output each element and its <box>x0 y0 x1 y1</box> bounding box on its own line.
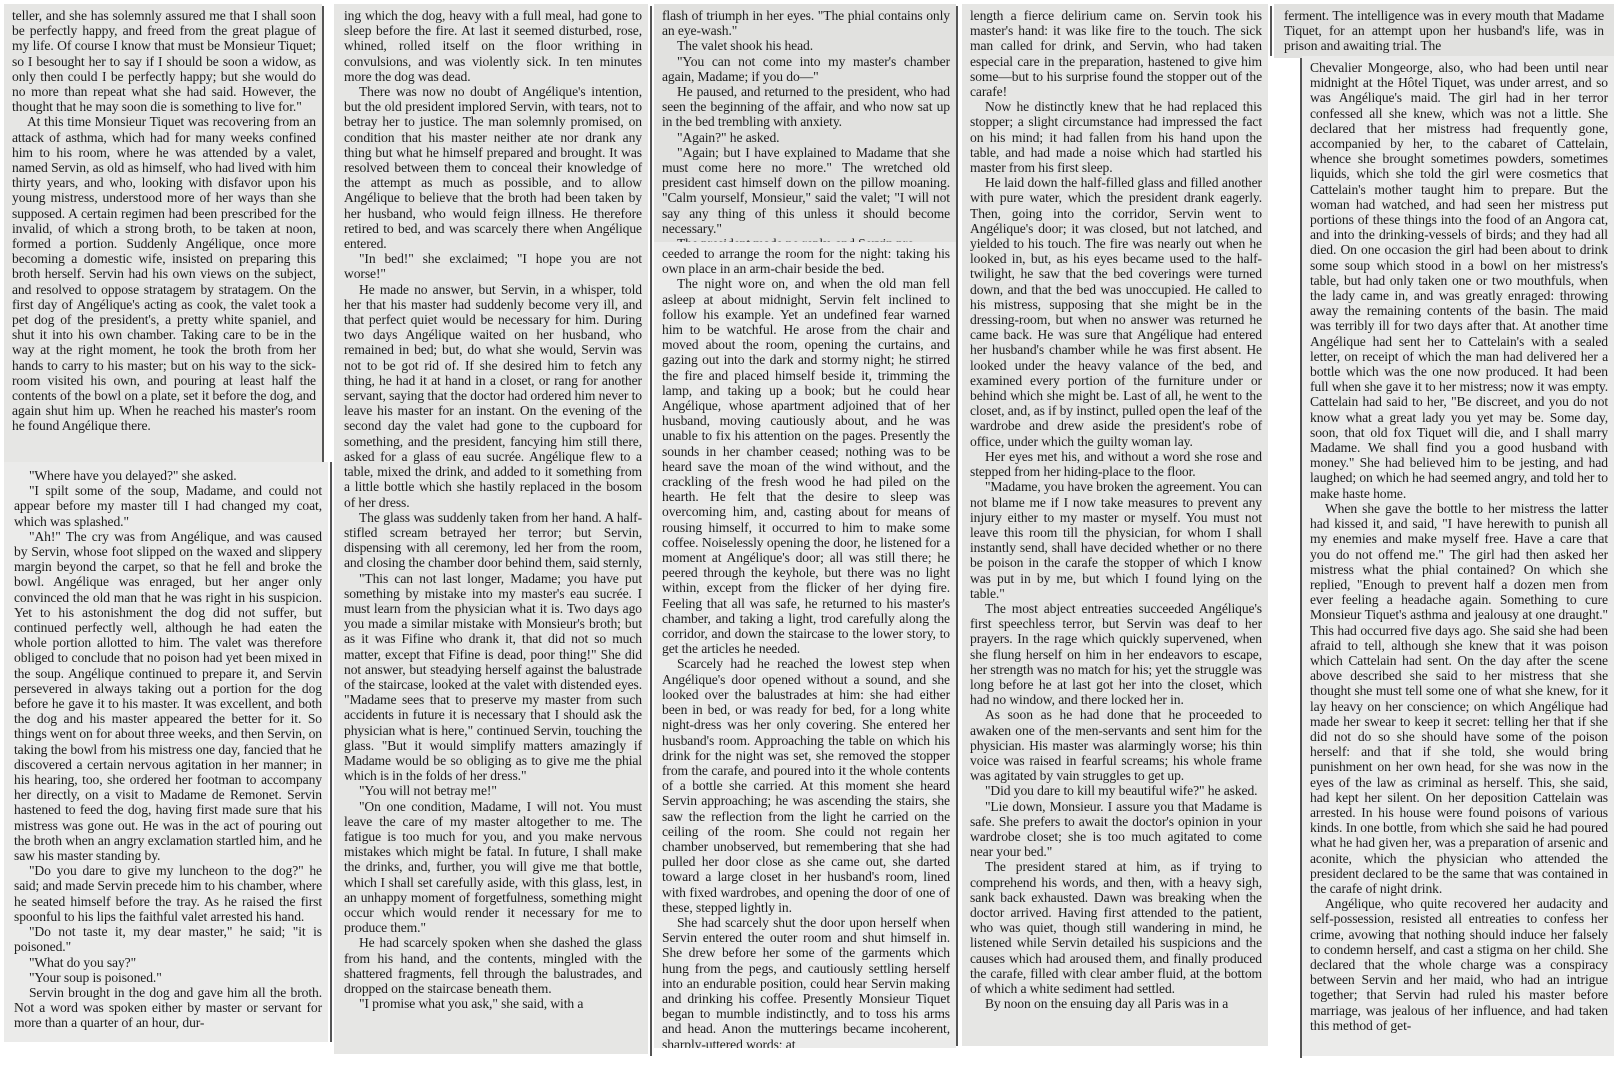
paragraph: Now he distinctly knew that he had repla… <box>970 99 1262 175</box>
paragraph: At this time Monsieur Tiquet was recover… <box>12 114 316 433</box>
column-5-segment-1: ferment. The intelligence was in every m… <box>1274 4 1614 58</box>
paragraph: "Do not taste it, my dear master," he sa… <box>14 924 322 954</box>
paragraph: The valet shook his head. <box>662 38 950 53</box>
paragraph: "Lie down, Monsieur. I assure you that M… <box>970 799 1262 860</box>
column-1-segment-1: teller, and she has solemnly assured me … <box>4 4 322 462</box>
column-rule <box>650 6 652 1056</box>
paragraph: "Again?" he asked. <box>662 130 950 145</box>
column-3-segment-2: ceeded to arrange the room for the night… <box>654 242 956 1048</box>
paragraph: "I spilt some of the soup, Madame, and c… <box>14 483 322 529</box>
paragraph: Chevalier Mongeorge, also, who had been … <box>1310 60 1608 501</box>
column-3-segment-1: flash of triumph in her eyes. "The phial… <box>654 4 956 242</box>
paragraph: "Ah!" The cry was from Angélique, and wa… <box>14 529 322 863</box>
paragraph: He made no answer, but Servin, in a whis… <box>344 282 642 510</box>
paragraph: Her eyes met his, and without a word she… <box>970 449 1262 479</box>
paragraph: "You will not betray me!" <box>344 783 642 798</box>
column-5-segment-2: Chevalier Mongeorge, also, who had been … <box>1302 56 1614 1056</box>
paragraph: "What do you say?" <box>14 955 322 970</box>
paragraph: The most abject entreaties succeeded Ang… <box>970 601 1262 707</box>
paragraph: She had scarcely shut the door upon hers… <box>662 915 950 1048</box>
paragraph: "Again; but I have explained to Madame t… <box>662 145 950 236</box>
paragraph: Servin brought in the dog and gave him a… <box>14 985 322 1031</box>
paragraph: length a fierce delirium came on. Servin… <box>970 8 1262 99</box>
paragraph: There was now no doubt of Angélique's in… <box>344 84 642 251</box>
paragraph: "Your soup is poisoned." <box>14 970 322 985</box>
paragraph: When she gave the bottle to her mistress… <box>1310 501 1608 896</box>
paragraph: The glass was suddenly taken from her ha… <box>344 510 642 571</box>
paragraph: "Do you dare to give my luncheon to the … <box>14 863 322 924</box>
paragraph: "Where have you delayed?" she asked. <box>14 468 322 483</box>
column-rule <box>330 462 332 1042</box>
paragraph: By noon on the ensuing day all Paris was… <box>970 996 1262 1011</box>
paragraph: He had scarcely spoken when she dashed t… <box>344 935 642 996</box>
paragraph: He laid down the half-filled glass and f… <box>970 175 1262 449</box>
column-rule <box>956 6 958 1046</box>
paragraph: Angélique, who quite recovered her audac… <box>1310 896 1608 1033</box>
column-1-segment-2: "Where have you delayed?" she asked. "I … <box>4 462 328 1042</box>
paragraph: He paused, and returned to the president… <box>662 84 950 130</box>
column-rule <box>322 6 324 462</box>
paragraph: The night wore on, and when the old man … <box>662 276 950 656</box>
paragraph: flash of triumph in her eyes. "The phial… <box>662 8 950 38</box>
paragraph: "I promise what you ask," she said, with… <box>344 996 642 1011</box>
paragraph: ferment. The intelligence was in every m… <box>1284 8 1604 54</box>
paragraph: "In bed!" she exclaimed; "I hope you are… <box>344 251 642 281</box>
column-rule <box>1270 6 1272 56</box>
column-4-segment-1: length a fierce delirium came on. Servin… <box>962 4 1268 1046</box>
paragraph: "You can not come into my master's chamb… <box>662 54 950 84</box>
paragraph: "Madame, you have broken the agreement. … <box>970 479 1262 601</box>
paragraph: "This can not last longer, Madame; you h… <box>344 571 642 784</box>
paragraph: As soon as he had done that he proceeded… <box>970 707 1262 783</box>
column-2-segment-1: ing which the dog, heavy with a full mea… <box>334 4 648 1054</box>
paragraph: Scarcely had he reached the lowest step … <box>662 656 950 914</box>
paragraph: teller, and she has solemnly assured me … <box>12 8 316 114</box>
paragraph: ing which the dog, heavy with a full mea… <box>344 8 642 84</box>
paragraph: The president stared at him, as if tryin… <box>970 859 1262 996</box>
paragraph: "On one condition, Madame, I will not. Y… <box>344 799 642 936</box>
paragraph: "Did you dare to kill my beautiful wife?… <box>970 783 1262 798</box>
paragraph: ceeded to arrange the room for the night… <box>662 246 950 276</box>
